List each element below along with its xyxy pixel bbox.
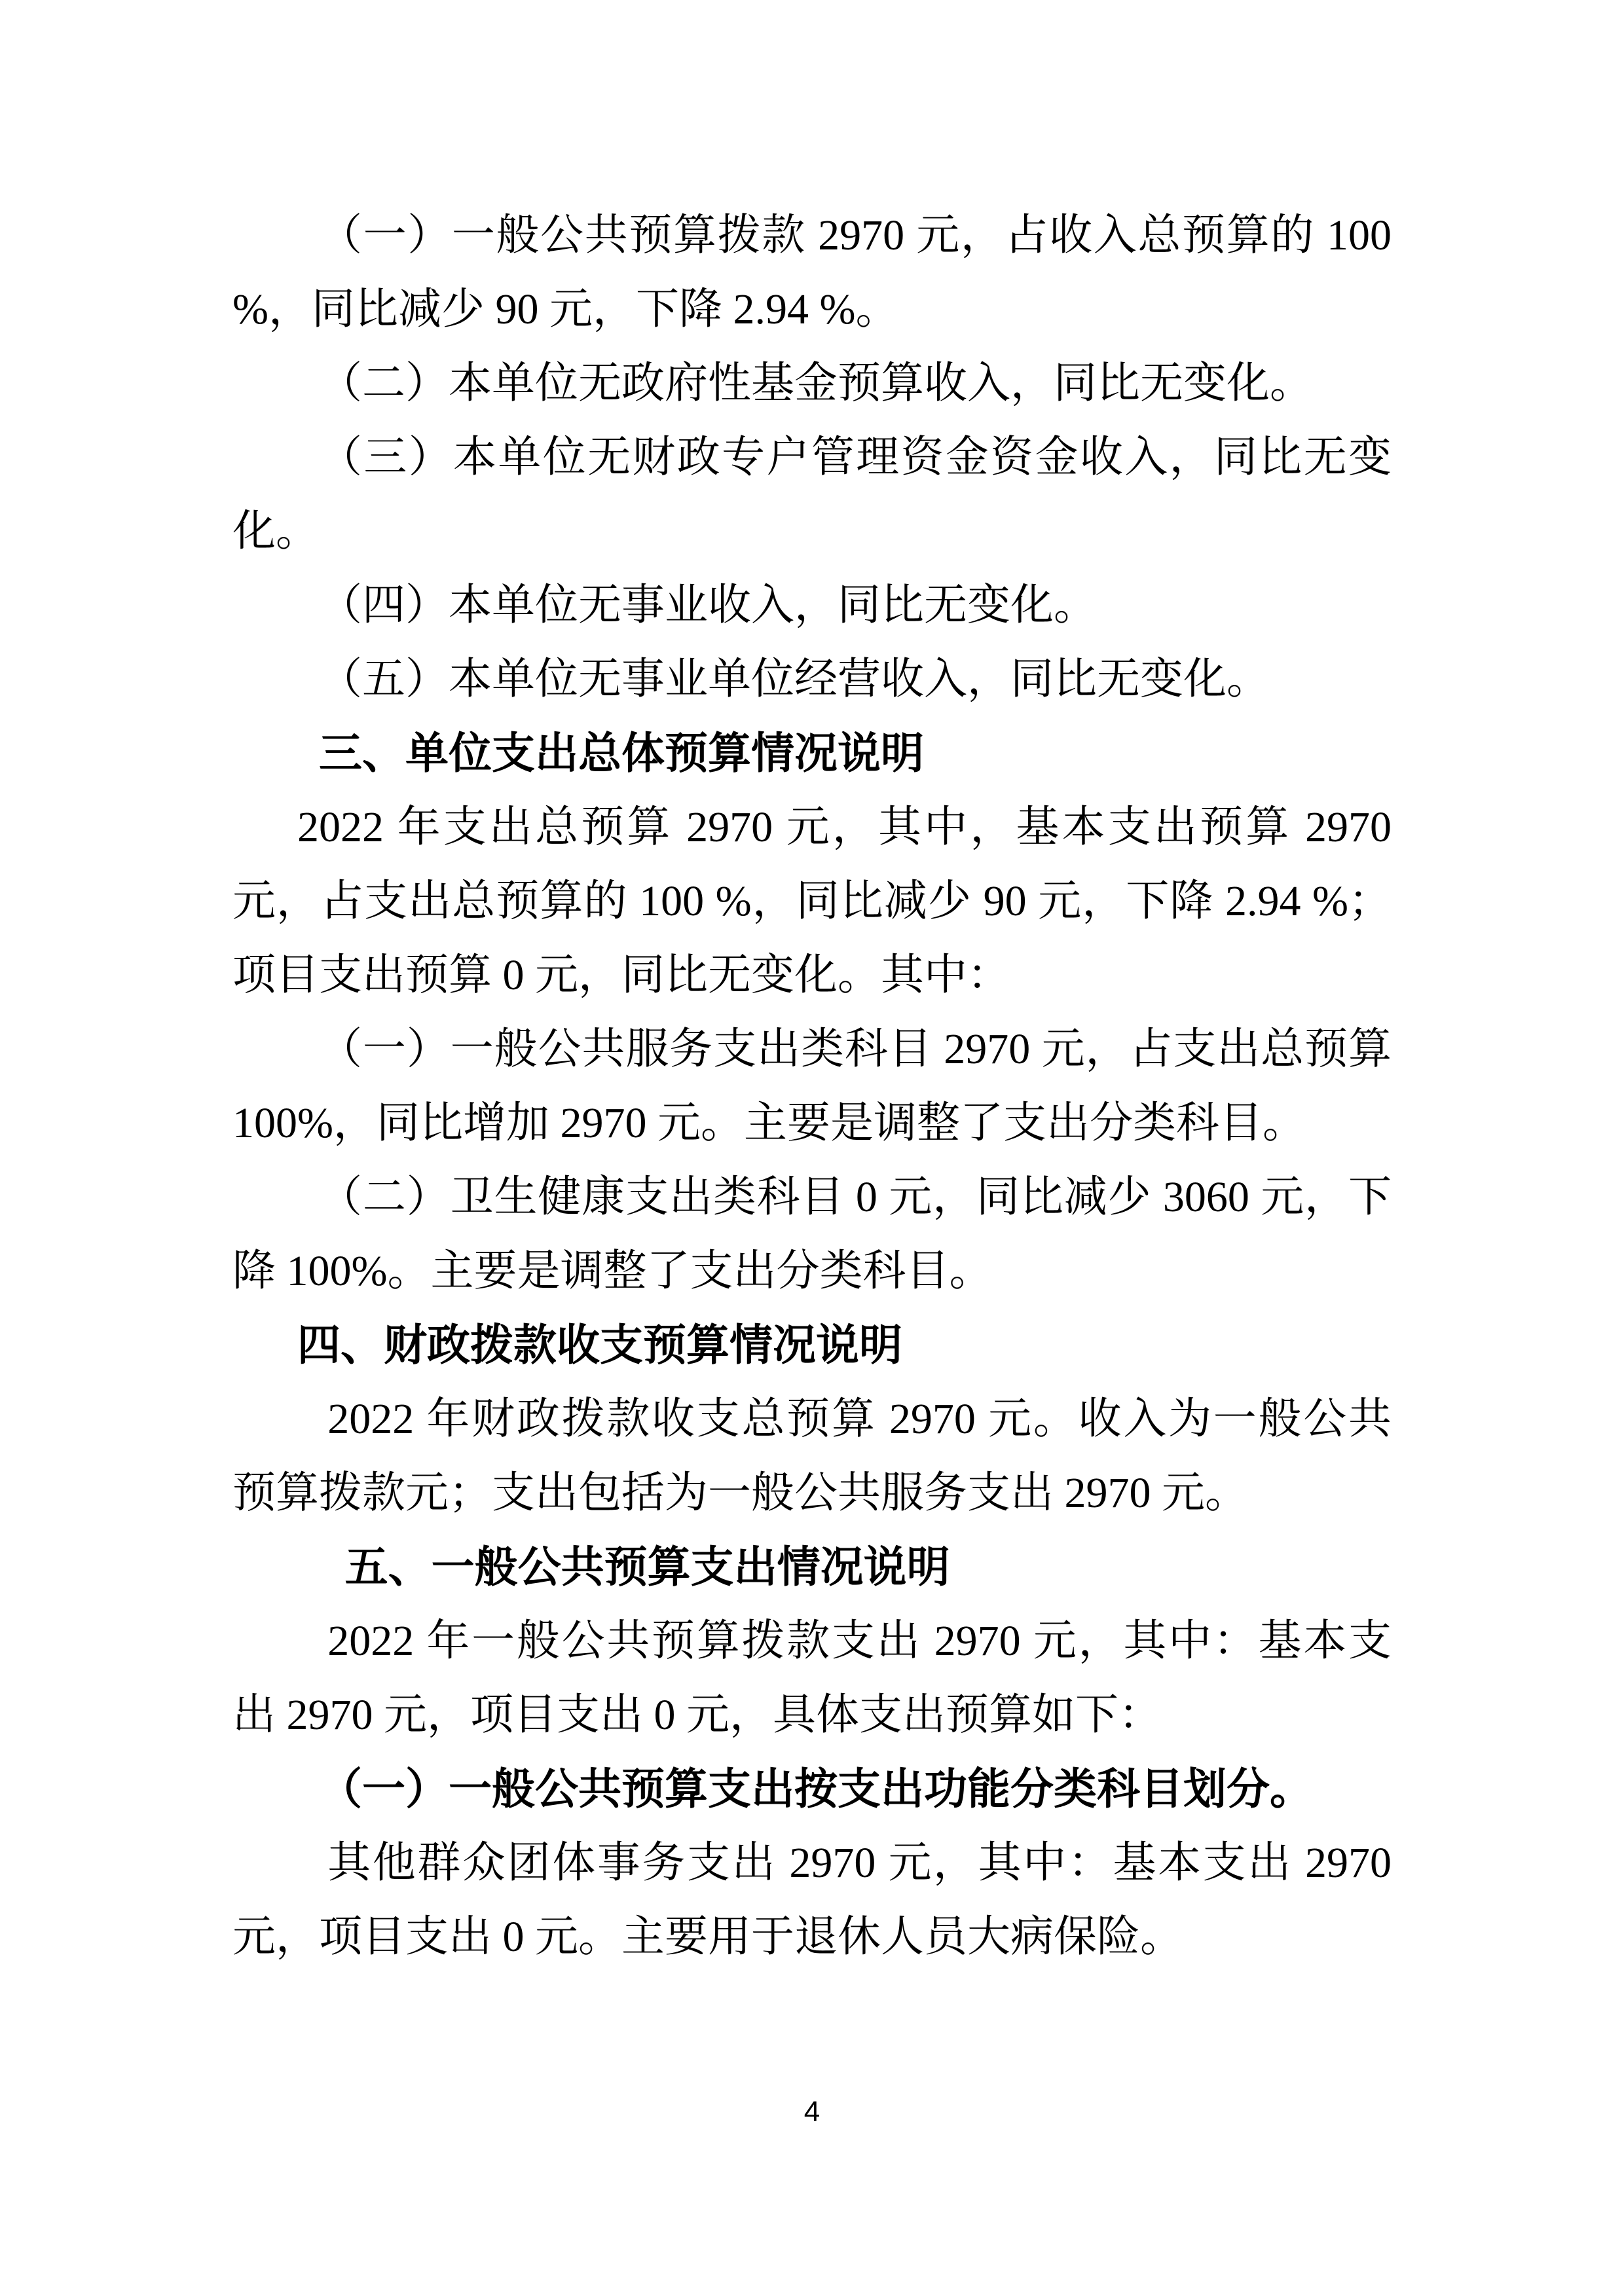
paragraph-expense-item-1: （一）一般公共服务支出类科目 2970 元，占支出总预算 100%，同比增加 2… [232, 1012, 1392, 1160]
paragraph-fiscal-appropriation: 2022 年财政拨款收支总预算 2970 元。收入为一般公共预算拨款元；支出包括… [232, 1382, 1392, 1530]
sub-heading-function-category: （一）一般公共预算支出按支出功能分类科目划分。 [232, 1752, 1392, 1826]
paragraph-expense-item-2: （二）卫生健康支出类科目 0 元，同比减少 3060 元，下降 100%。主要是… [232, 1160, 1392, 1308]
section-heading-3: 三、单位支出总体预算情况说明 [232, 716, 1392, 790]
paragraph-public-budget-expense: 2022 年一般公共预算拨款支出 2970 元，其中：基本支出 2970 元，项… [232, 1604, 1392, 1752]
section-heading-5: 五、一般公共预算支出情况说明 [232, 1530, 1392, 1604]
paragraph-income-item-4: （四）本单位无事业收入，同比无变化。 [232, 568, 1392, 642]
document-body: （一）一般公共预算拨款 2970 元，占收入总预算的 100 %，同比减少 90… [232, 198, 1392, 1974]
paragraph-income-item-3: （三）本单位无财政专户管理资金资金收入，同比无变化。 [232, 420, 1392, 568]
paragraph-mass-org-expense: 其他群众团体事务支出 2970 元，其中：基本支出 2970 元，项目支出 0 … [232, 1826, 1392, 1974]
paragraph-income-item-5: （五）本单位无事业单位经营收入，同比无变化。 [232, 642, 1392, 716]
paragraph-income-item-1: （一）一般公共预算拨款 2970 元，占收入总预算的 100 %，同比减少 90… [232, 198, 1392, 346]
paragraph-expense-overview: 2022 年支出总预算 2970 元，其中，基本支出预算 2970 元，占支出总… [232, 790, 1392, 1012]
document-page: （一）一般公共预算拨款 2970 元，占收入总预算的 100 %，同比减少 90… [0, 0, 1624, 2296]
section-heading-4: 四、财政拨款收支预算情况说明 [232, 1308, 1392, 1382]
page-number: 4 [0, 2095, 1624, 2129]
paragraph-income-item-2: （二）本单位无政府性基金预算收入，同比无变化。 [232, 346, 1392, 420]
